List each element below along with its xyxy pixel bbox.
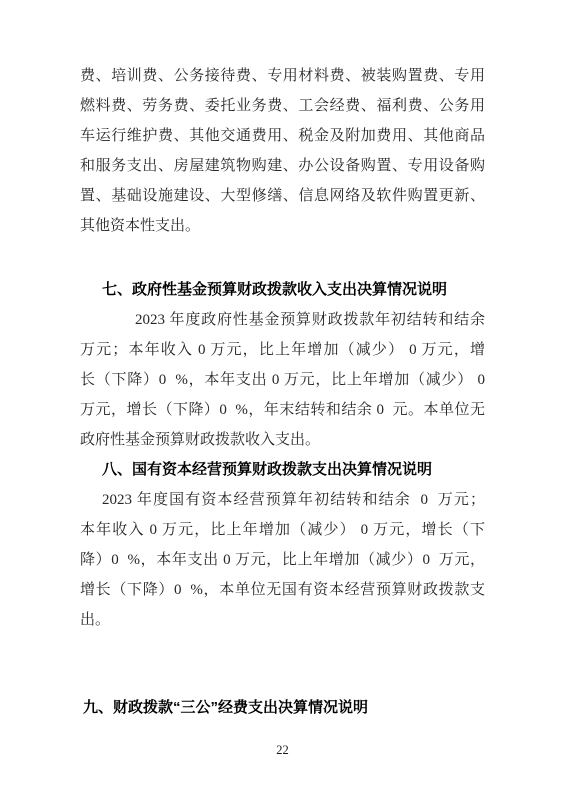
text-line: 车运行维护费、其他交通费用、税金及附加费用、其他商品	[80, 121, 485, 151]
text-line: 出。	[80, 605, 485, 635]
text-line: 政府性基金预算财政拨款收入支出。	[80, 425, 485, 455]
section-7-heading: 七、政府性基金预算财政拨款收入支出决算情况说明	[80, 275, 507, 305]
text-line: 2023 年度国有资本经营预算年初结转和结余 0 万元；	[80, 485, 485, 515]
section-8-heading: 八、国有资本经营预算财政拨款支出决算情况说明	[80, 455, 507, 485]
section-8-paragraph: 2023 年度国有资本经营预算年初结转和结余 0 万元； 本年收入 0 万元，比…	[80, 485, 485, 635]
text-line: 万元；本年收入 0 万元，比上年增加（减少） 0 万元，增	[80, 335, 485, 365]
text-line: 本年收入 0 万元，比上年增加（减少） 0 万元，增长（下	[80, 515, 485, 545]
text-line: 和服务支出、房屋建筑物购建、办公设备购置、专用设备购	[80, 151, 485, 181]
section-9-heading: 九、财政拨款“三公”经费支出决算情况说明	[80, 693, 488, 723]
text-line: 增长（下降）0 %，本单位无国有资本经营预算财政拨款支	[80, 575, 485, 605]
text-line: 其他资本性支出。	[80, 211, 485, 241]
text-line: 降）0 %，本年支出 0 万元，比上年增加（减少）0 万元，	[80, 545, 485, 575]
page-number: 22	[0, 741, 565, 759]
text-line: 长（下降）0 %，本年支出 0 万元，比上年增加（减少） 0	[80, 365, 485, 395]
document-page: 费、培训费、公务接待费、专用材料费、被装购置费、专用 燃料费、劳务费、委托业务费…	[0, 0, 565, 802]
text-line: 万元，增长（下降）0 %，年末结转和结余 0 元。本单位无	[80, 395, 485, 425]
text-line: 置、基础设施建设、大型修缮、信息网络及软件购置更新、	[80, 181, 485, 211]
continuation-paragraph: 费、培训费、公务接待费、专用材料费、被装购置费、专用 燃料费、劳务费、委托业务费…	[80, 61, 485, 241]
text-line: 2023 年度政府性基金预算财政拨款年初结转和结余	[80, 305, 485, 335]
text-line: 燃料费、劳务费、委托业务费、工会经费、福利费、公务用	[80, 91, 485, 121]
section-7-paragraph: 2023 年度政府性基金预算财政拨款年初结转和结余 万元；本年收入 0 万元，比…	[80, 305, 485, 455]
text-line: 费、培训费、公务接待费、专用材料费、被装购置费、专用	[80, 61, 485, 91]
